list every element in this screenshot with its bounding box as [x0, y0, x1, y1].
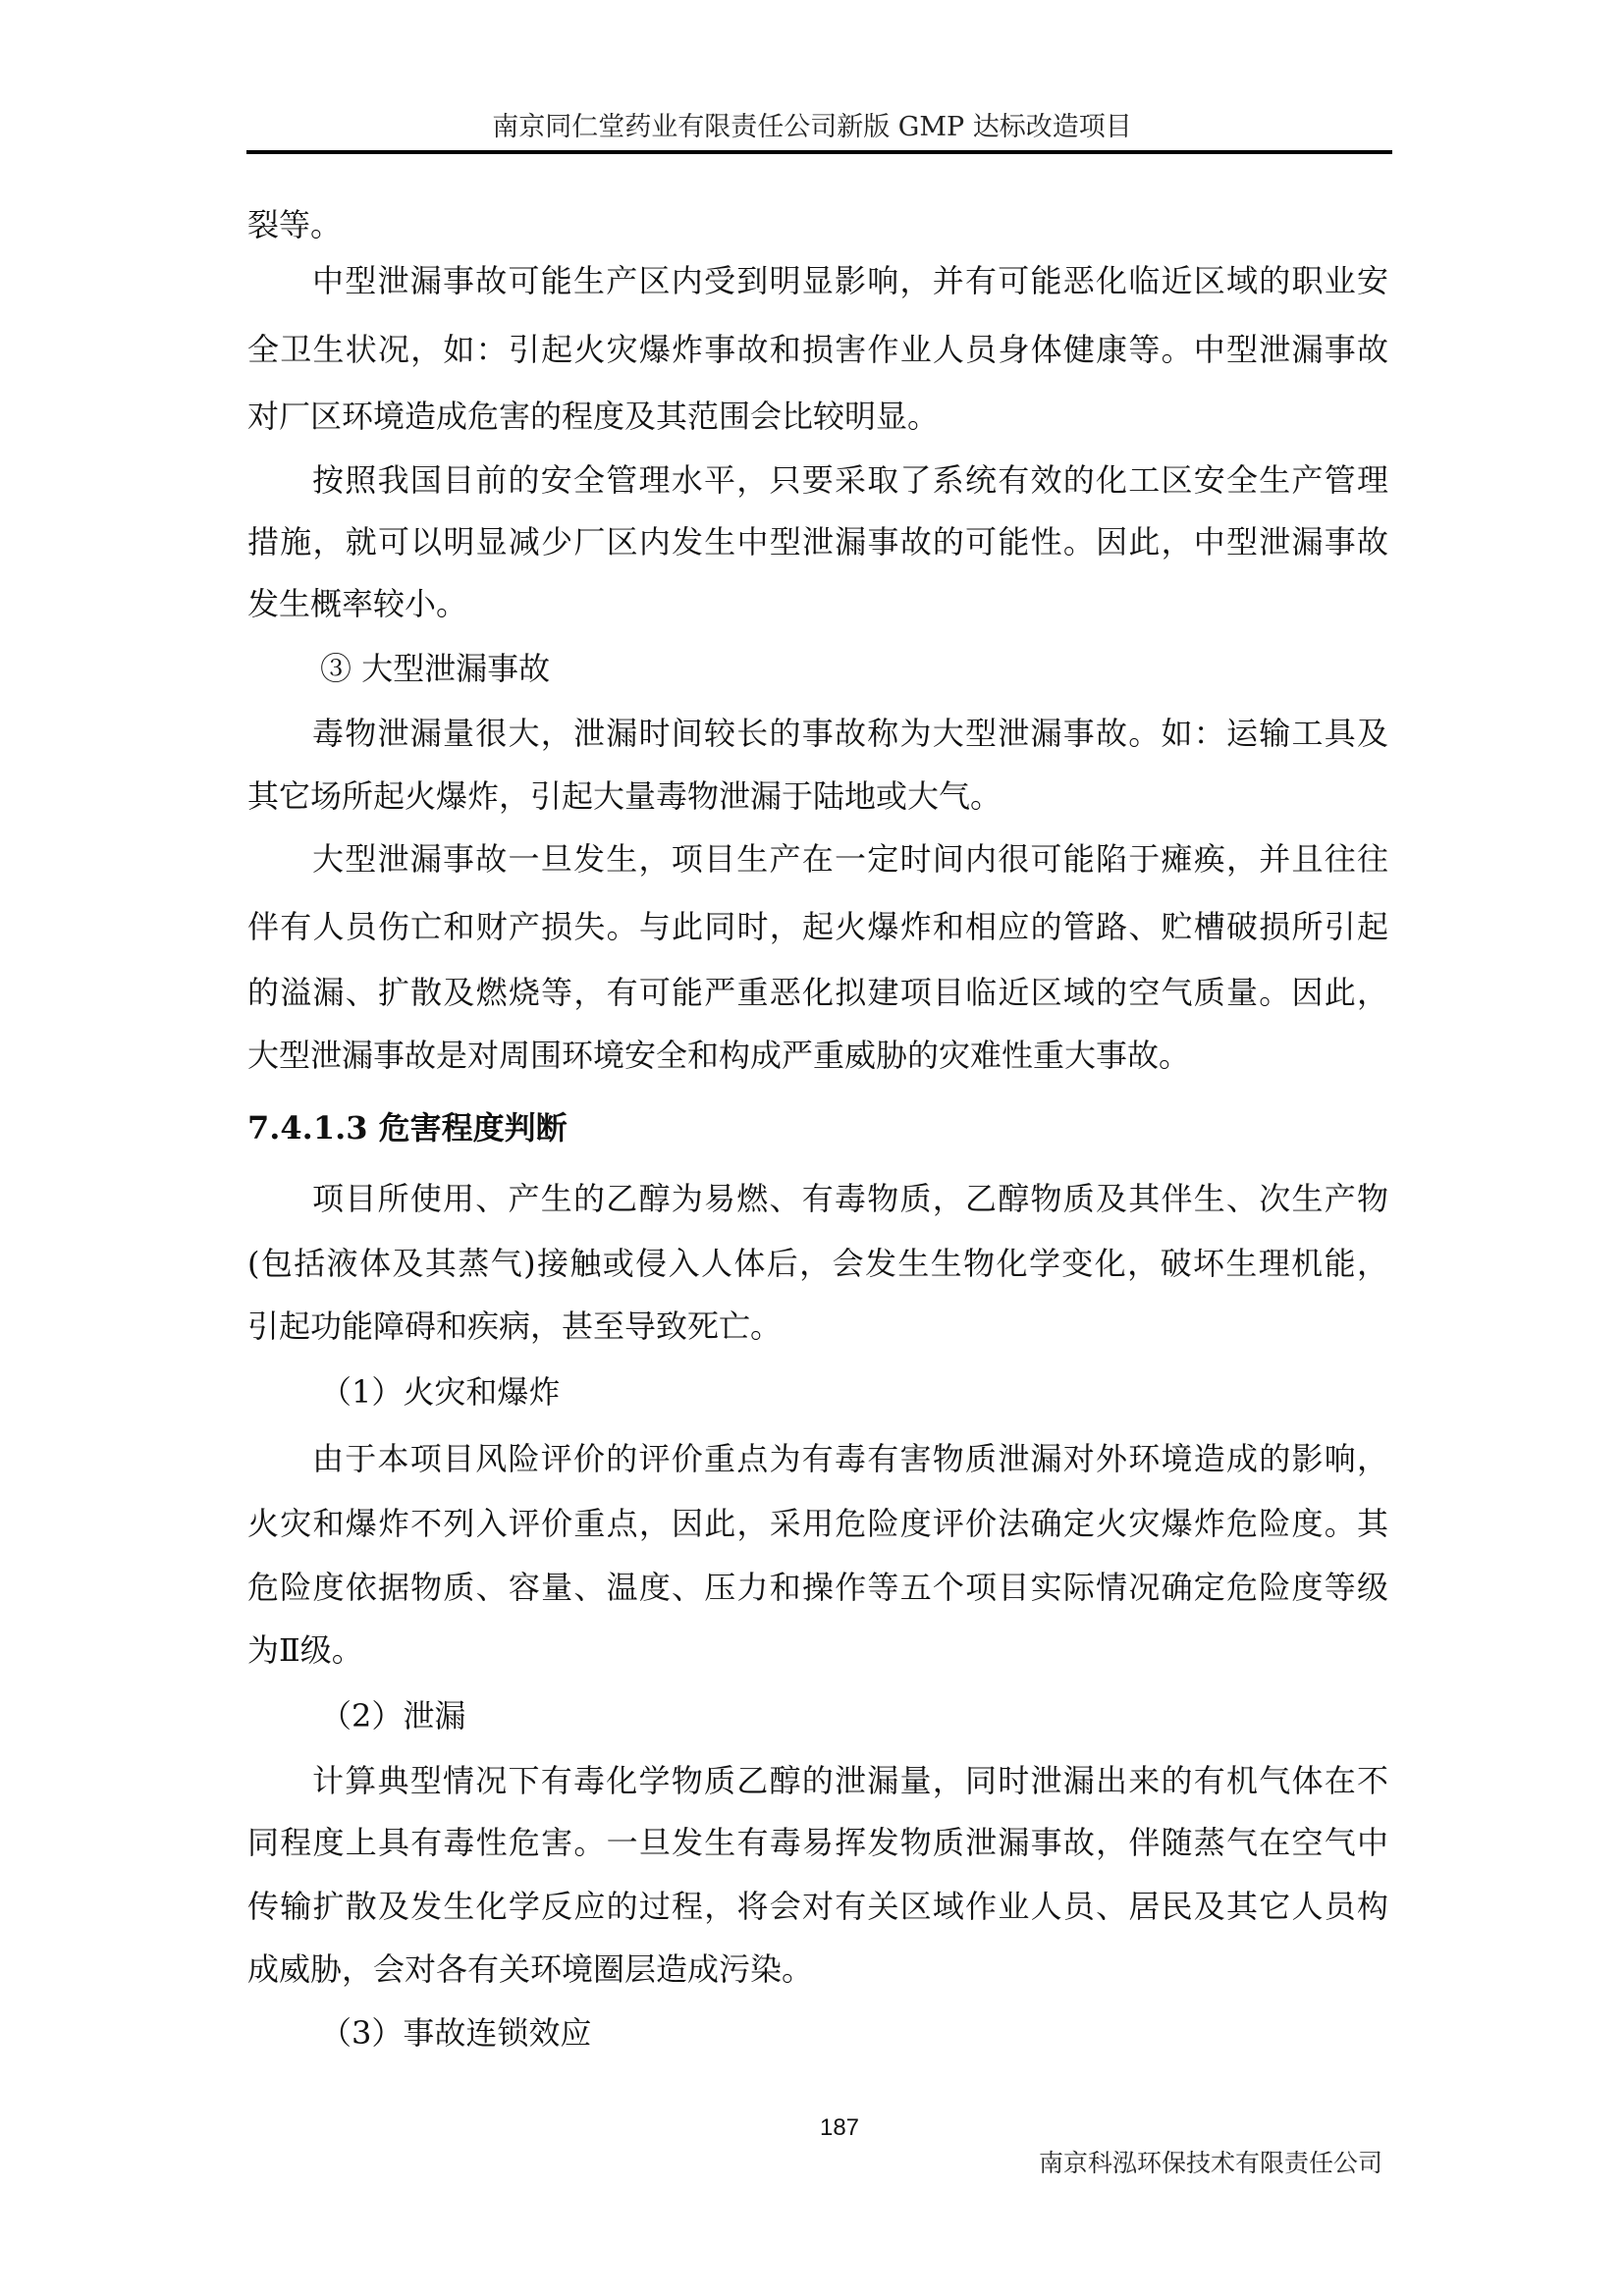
paragraph-line: 大型泄漏事故是对周围环境安全和构成严重威胁的灾难性重大事故。 — [247, 1036, 1388, 1075]
paragraph-line: 同程度上具有毒性危害。一旦发生有毒易挥发物质泄漏事故，伴随蒸气在空气中 — [247, 1823, 1388, 1862]
paragraph-line: (包括液体及其蒸气)接触或侵入人体后，会发生生物化学变化，破坏生理机能， — [247, 1244, 1388, 1283]
paragraph-line: 传输扩散及发生化学反应的过程，将会对有关区域作业人员、居民及其它人员构 — [247, 1887, 1388, 1926]
paragraph-line: 火灾和爆炸不列入评价重点，因此，采用危险度评价法确定火灾爆炸危险度。其 — [247, 1504, 1388, 1543]
section-heading: 7.4.1.3 危害程度判断 — [247, 1108, 568, 1148]
text-line: 裂等。 — [247, 205, 1388, 244]
paragraph-line: 中型泄漏事故可能生产区内受到明显影响，并有可能恶化临近区域的职业安 — [312, 261, 1388, 300]
paragraph-line: 由于本项目风险评价的评价重点为有毒有害物质泄漏对外环境造成的影响， — [312, 1439, 1388, 1478]
paragraph-line: 发生概率较小。 — [247, 584, 1388, 623]
paragraph-line: 的溢漏、扩散及燃烧等，有可能严重恶化拟建项目临近区域的空气质量。因此， — [247, 973, 1388, 1012]
paragraph-line: 大型泄漏事故一旦发生，项目生产在一定时间内很可能陷于瘫痪，并且往往 — [312, 839, 1388, 879]
paragraph-line: 为Ⅱ级。 — [247, 1630, 1388, 1670]
subheading-chain-effect: （3）事故连锁效应 — [320, 2013, 1461, 2053]
page-number: 187 — [0, 2114, 1624, 2142]
paragraph-line: 成威胁，会对各有关环境圈层造成污染。 — [247, 1949, 1388, 1989]
paragraph-line: 其它场所起火爆炸，引起大量毒物泄漏于陆地或大气。 — [247, 776, 1388, 816]
paragraph-line: 引起功能障碍和疾病，甚至导致死亡。 — [247, 1307, 1388, 1346]
header-divider — [246, 150, 1392, 154]
paragraph-line: 措施，就可以明显减少厂区内发生中型泄漏事故的可能性。因此，中型泄漏事故 — [247, 522, 1388, 561]
paragraph-line: 危险度依据物质、容量、温度、压力和操作等五个项目实际情况确定危险度等级 — [247, 1568, 1388, 1607]
paragraph-line: 项目所使用、产生的乙醇为易燃、有毒物质，乙醇物质及其伴生、次生产物 — [312, 1179, 1388, 1218]
subheading-large-leak: ③ 大型泄漏事故 — [320, 649, 1461, 688]
paragraph-line: 按照我国目前的安全管理水平，只要采取了系统有效的化工区安全生产管理 — [312, 460, 1388, 500]
paragraph-line: 毒物泄漏量很大，泄漏时间较长的事故称为大型泄漏事故。如：运输工具及 — [312, 714, 1388, 753]
paragraph-line: 伴有人员伤亡和财产损失。与此同时，起火爆炸和相应的管路、贮槽破损所引起 — [247, 907, 1388, 946]
footer-company-name: 南京科泓环保技术有限责任公司 — [1039, 2144, 1382, 2179]
paragraph-line: 计算典型情况下有毒化学物质乙醇的泄漏量，同时泄漏出来的有机气体在不 — [312, 1761, 1388, 1800]
subheading-fire-explosion: （1）火灾和爆炸 — [320, 1372, 1461, 1412]
running-header-title: 南京同仁堂药业有限责任公司新版 GMP 达标改造项目 — [0, 110, 1624, 145]
paragraph-line: 对厂区环境造成危害的程度及其范围会比较明显。 — [247, 397, 1388, 436]
paragraph-line: 全卫生状况，如：引起火灾爆炸事故和损害作业人员身体健康等。中型泄漏事故 — [247, 330, 1388, 369]
subheading-leakage: （2）泄漏 — [320, 1696, 1461, 1735]
